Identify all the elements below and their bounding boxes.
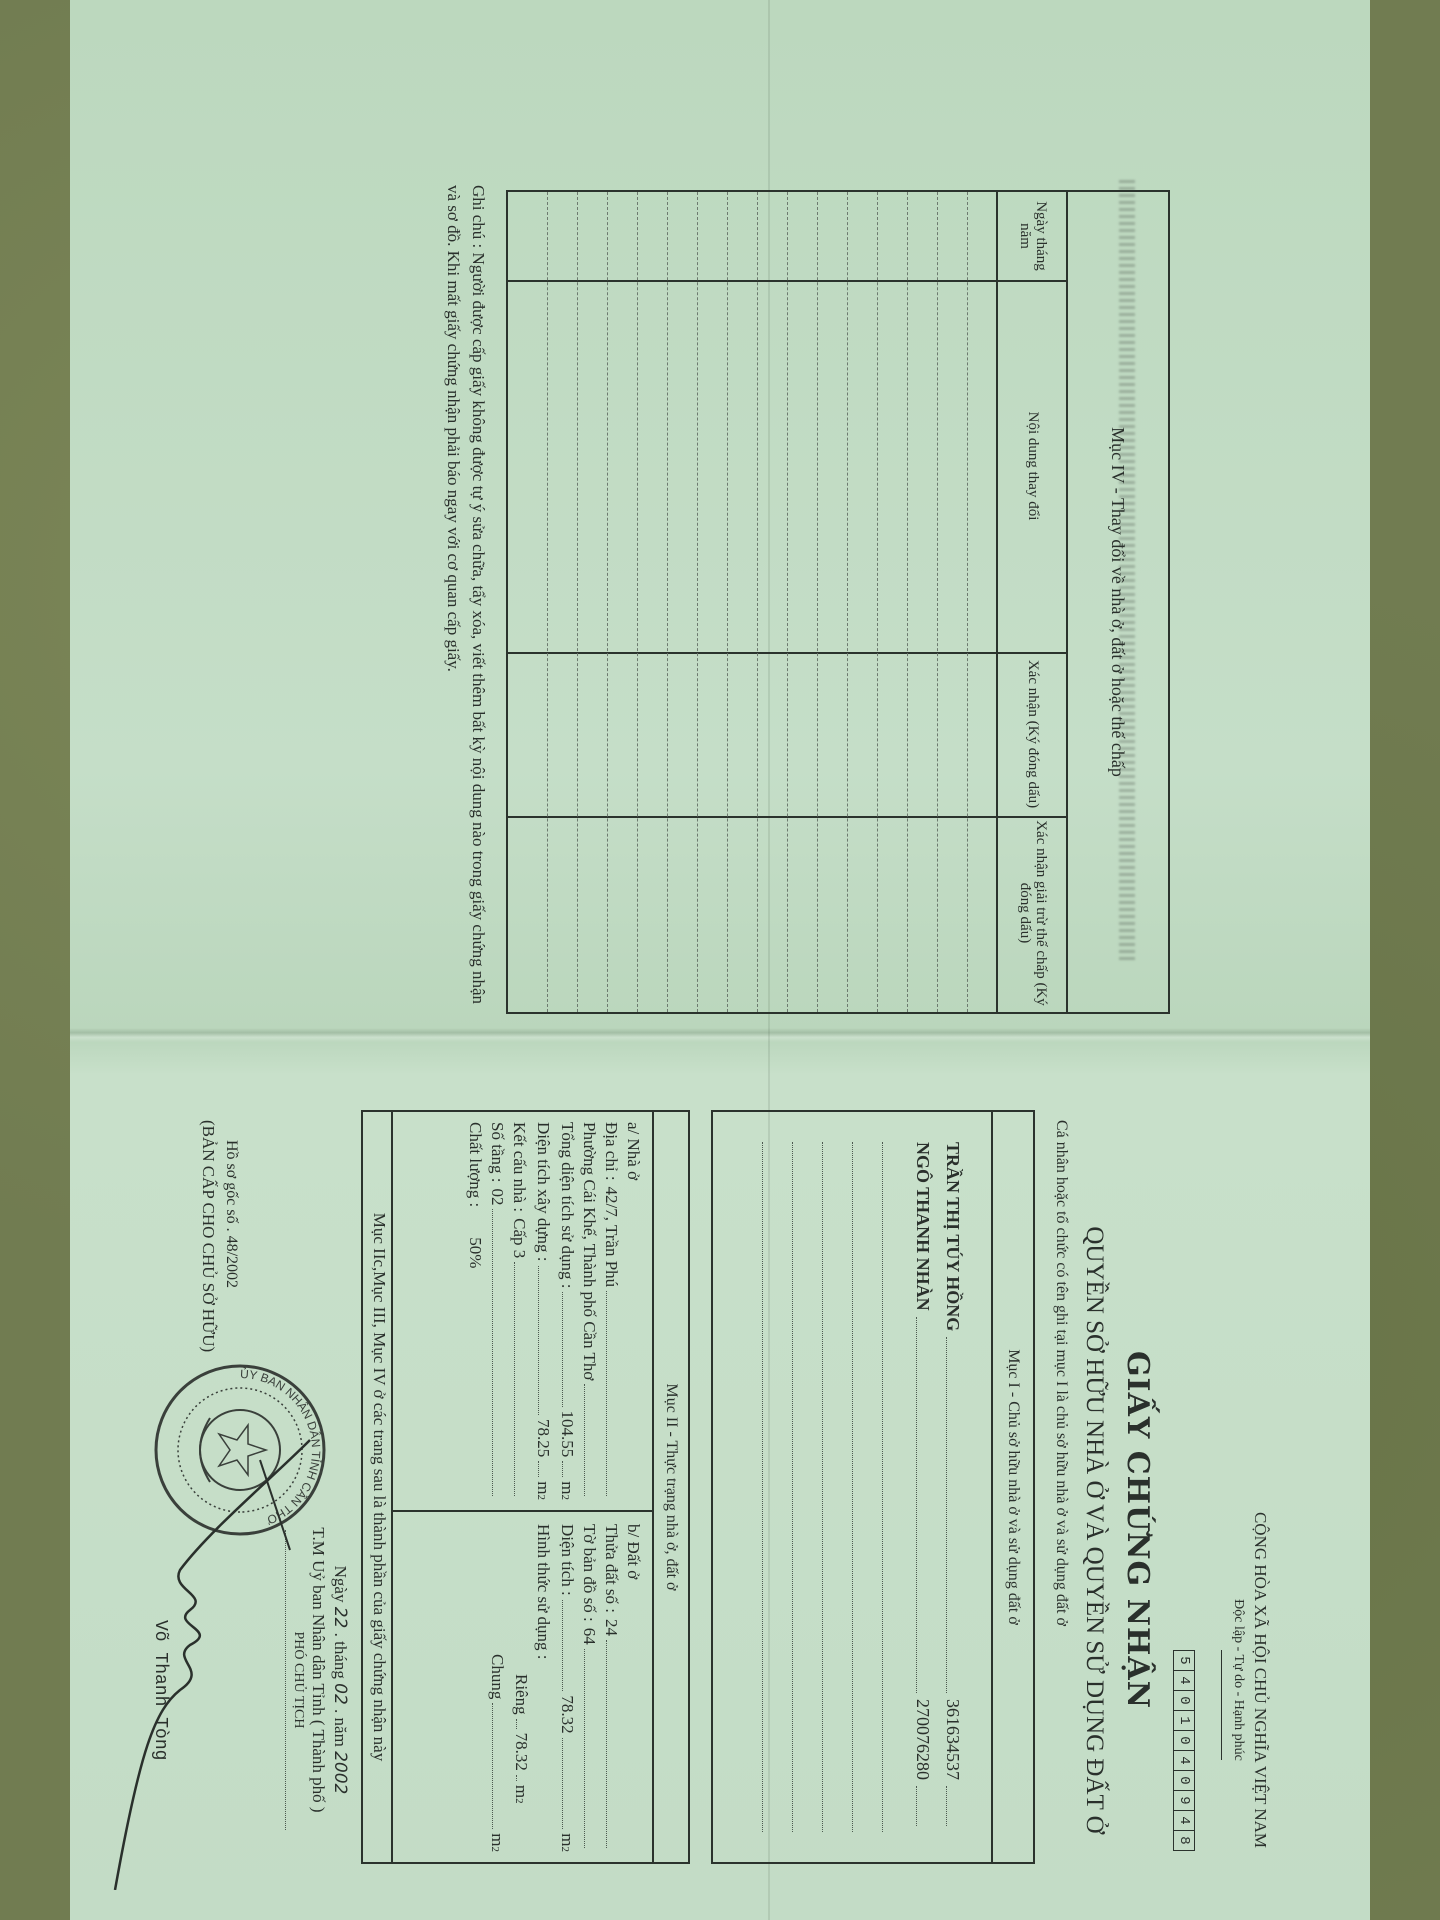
serial-digit: 4 [1174,1751,1194,1771]
record-number: Hồ sơ gốc số . 48/2002 [222,1140,240,1288]
issue-month: 02 [330,1683,350,1705]
serial-digit: 0 [1174,1691,1194,1711]
table-row [907,192,908,1012]
issue-day: 22 [330,1607,350,1629]
owner-id: 270076280 [912,1699,933,1780]
owners-section: Mục I - Chủ sở hữu nhà ở và sử dụng đất … [711,1110,1035,1864]
table-row [817,192,818,1012]
col-content: Nội dung thay đổi [998,280,1068,654]
changes-table-title: Mục IV - Thay đổi về nhà ở, đất ở hoặc t… [1066,192,1168,1012]
table-row [547,192,548,1012]
owner-row: NGÔ THANH NHÀN 270076280 [912,1142,933,1832]
owner-name: TRẦN THỊ TÚY HỒNG [942,1142,963,1331]
certificate-subtitle: QUYỀN SỞ HỮU NHÀ Ở VÀ QUYỀN SỬ DỤNG ĐẤT … [1080,1060,1108,1880]
house-heading: a/ Nhà ở [622,1122,644,1500]
usage-form-field: Hình thức sử dụng : [532,1524,554,1852]
serial-digit: 5 [1174,1651,1194,1671]
motto-underline [1221,1650,1222,1760]
structure-field: Kết cấu nhà :Cấp 3 [508,1122,530,1500]
serial-digit: 4 [1174,1811,1194,1831]
changes-table-header: Ngày tháng năm Nội dung thay đổi Xác nhậ… [996,192,1068,1012]
owner-id: 361634537 [942,1699,963,1780]
table-row [697,192,698,1012]
table-row [877,192,878,1012]
floors-field: Số tầng :02 [486,1122,508,1500]
owner-name: NGÔ THANH NHÀN [912,1142,933,1311]
land-area-field: Diện tích :78.32m2 [554,1524,578,1852]
property-section-title: Mục II - Thực trạng nhà ở, đất ở [652,1112,688,1862]
property-footer: Mục IIc,Mục III, Mục IV ở các trang sau … [361,1110,395,1864]
table-row [727,192,728,1012]
certificate-title: GIẤY CHỨNG NHẬN [1120,1060,1155,1880]
land-heading: b/ Đất ở [622,1524,644,1852]
owner-copy-note: (BẢN CẤP CHO CHỦ SỞ HỮU) [198,1120,218,1352]
table-row [787,192,788,1012]
table-row [577,192,578,1012]
total-area-field: Tổng diện tích sử dụng :104.55m2 [554,1122,578,1500]
signature-icon [100,1420,330,1890]
quality-field: Chất lượng :50% [464,1122,486,1500]
page-fold [70,1028,1370,1042]
serial-digit: 4 [1174,1671,1194,1691]
serial-digit: 9 [1174,1791,1194,1811]
certificate-description: Cá nhân hoặc tổ chức có tên ghi tại mục … [1052,1120,1070,1880]
table-row [847,192,848,1012]
build-area-field: Diện tích xây dựng :78.25m2 [530,1122,554,1500]
address-line2: Phường Cái Khế, Thành phố Cần Thơ [578,1122,600,1500]
usage-note: Ghi chú : Người được cấp giấy không được… [441,185,490,1005]
house-details: a/ Nhà ở Địa chỉ :42/7, Trần Phú Phường … [393,1112,652,1512]
serial-digit: 8 [1174,1831,1194,1850]
issue-date: Ngày 22 . tháng 02 . năm 2002 [330,1480,350,1880]
serial-digit: 0 [1174,1731,1194,1751]
address-field: Địa chỉ :42/7, Trần Phú [600,1122,622,1500]
certificate-page: CỘNG HÒA XÃ HỘI CHỦ NGHĨA VIỆT NAM Độc l… [70,1060,1370,1880]
rotated-document: Mục IV - Thay đổi về nhà ở, đất ở hoặc t… [0,0,1440,1920]
col-confirm: Xác nhận (Ký đóng dấu) [998,652,1068,818]
motto: Độc lập - Tự do - Hạnh phúc [1230,1480,1246,1880]
map-sheet-field: Tờ bản đồ số :64 [578,1524,600,1852]
changes-table: Mục IV - Thay đổi về nhà ở, đất ở hoặc t… [506,190,1170,1014]
private-use-field: Riêng78.32m2 [508,1524,532,1852]
land-details: b/ Đất ở Thửa đất số :24 Tờ bản đồ số :6… [393,1514,652,1862]
table-row [967,192,968,1012]
property-section: Mục II - Thực trạng nhà ở, đất ở a/ Nhà … [391,1110,690,1864]
serial-number: 5401040948 [1173,1650,1195,1851]
signer-name: Võ Thanh Tòng [150,1620,170,1760]
col-release: Xác nhận giải trừ thế chấp (Ký đóng dấu) [998,816,1068,1010]
republic-header: CỘNG HÒA XÃ HỘI CHỦ NGHĨA VIỆT NAM [1250,1480,1270,1880]
changes-table-body [508,192,998,1012]
col-date: Ngày tháng năm [998,192,1068,282]
shared-use-field: Chungm2 [484,1524,508,1852]
owners-section-title: Mục I - Chủ sở hữu nhà ở và sử dụng đất … [991,1112,1033,1862]
table-row [607,192,608,1012]
owner-row: TRẦN THỊ TÚY HỒNG 361634537 [942,1142,963,1832]
table-row [757,192,758,1012]
table-row [667,192,668,1012]
serial-digit: 1 [1174,1711,1194,1731]
table-row [637,192,638,1012]
parcel-field: Thửa đất số :24 [600,1524,622,1852]
serial-digit: 0 [1174,1771,1194,1791]
issue-year: 2002 [330,1751,350,1794]
table-row [937,192,938,1012]
